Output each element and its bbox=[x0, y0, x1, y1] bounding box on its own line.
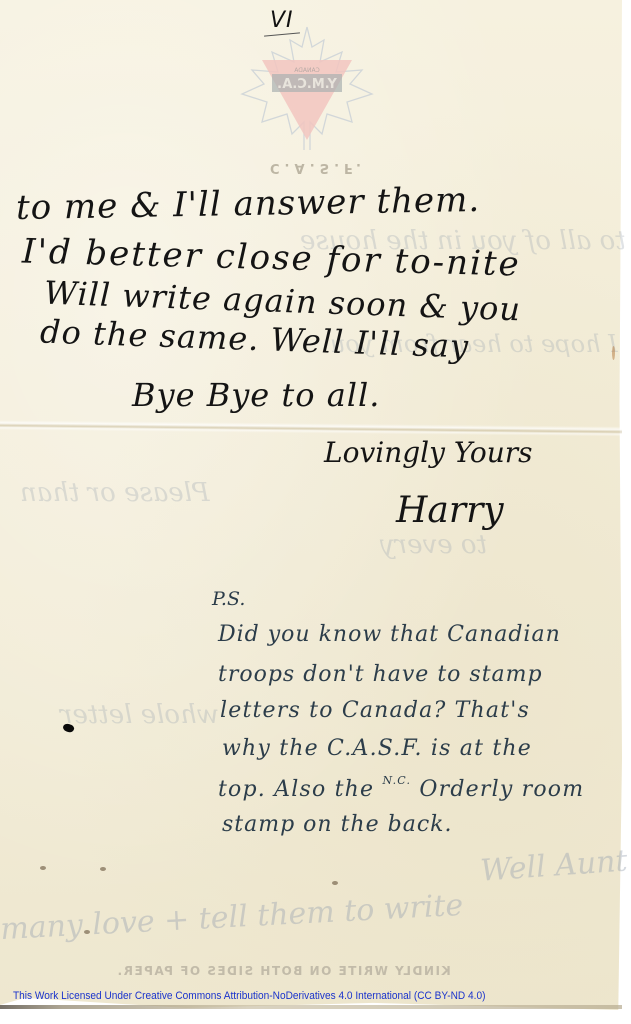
postscript-line: top. Also the N.C. Orderly room bbox=[218, 774, 584, 802]
svg-text:CANADA: CANADA bbox=[293, 67, 319, 74]
paper-bottom-edge bbox=[0, 1005, 622, 1009]
stain-spot bbox=[84, 930, 90, 934]
letter-line: to me & I'll answer them. bbox=[16, 180, 481, 228]
postscript-heading: P.S. bbox=[212, 588, 245, 610]
show-through-text: Please or than bbox=[20, 478, 209, 508]
postscript-insert-mark: N.C. bbox=[382, 774, 411, 787]
svg-text:Y.M.C.A.: Y.M.C.A. bbox=[277, 77, 338, 92]
show-through-text: whole letter bbox=[60, 700, 219, 730]
postscript-line: letters to Canada? That's bbox=[220, 698, 530, 723]
letter-line: Bye Bye to all. bbox=[132, 376, 380, 414]
organization-header: C.A.S.F. bbox=[270, 160, 366, 175]
postscript-line: Did you know that Canadian bbox=[218, 622, 561, 647]
stain-spot bbox=[332, 881, 338, 885]
postscript-line-start: top. Also the bbox=[218, 777, 374, 802]
stain-spot bbox=[100, 867, 106, 871]
postscript-line-end: Orderly room bbox=[419, 777, 584, 802]
postscript-line: troops don't have to stamp bbox=[218, 662, 543, 687]
letter-closing: Lovingly Yours bbox=[324, 436, 533, 469]
show-through-text: to every bbox=[380, 530, 487, 560]
stain-spot bbox=[612, 346, 615, 360]
letter-signature: Harry bbox=[396, 490, 504, 531]
license-notice[interactable]: This Work Licensed Under Creative Common… bbox=[13, 990, 485, 1002]
maple-leaf-ymca-triangle-icon: CANADA Y.M.C.A. bbox=[232, 22, 382, 152]
stain-spot bbox=[40, 866, 46, 870]
postscript-line: stamp on the back. bbox=[222, 812, 452, 837]
postscript-line: why the C.A.S.F. is at the bbox=[222, 736, 532, 761]
printed-notice: KINDLY WRITE ON BOTH SIDES OF PAPER. bbox=[116, 964, 451, 978]
